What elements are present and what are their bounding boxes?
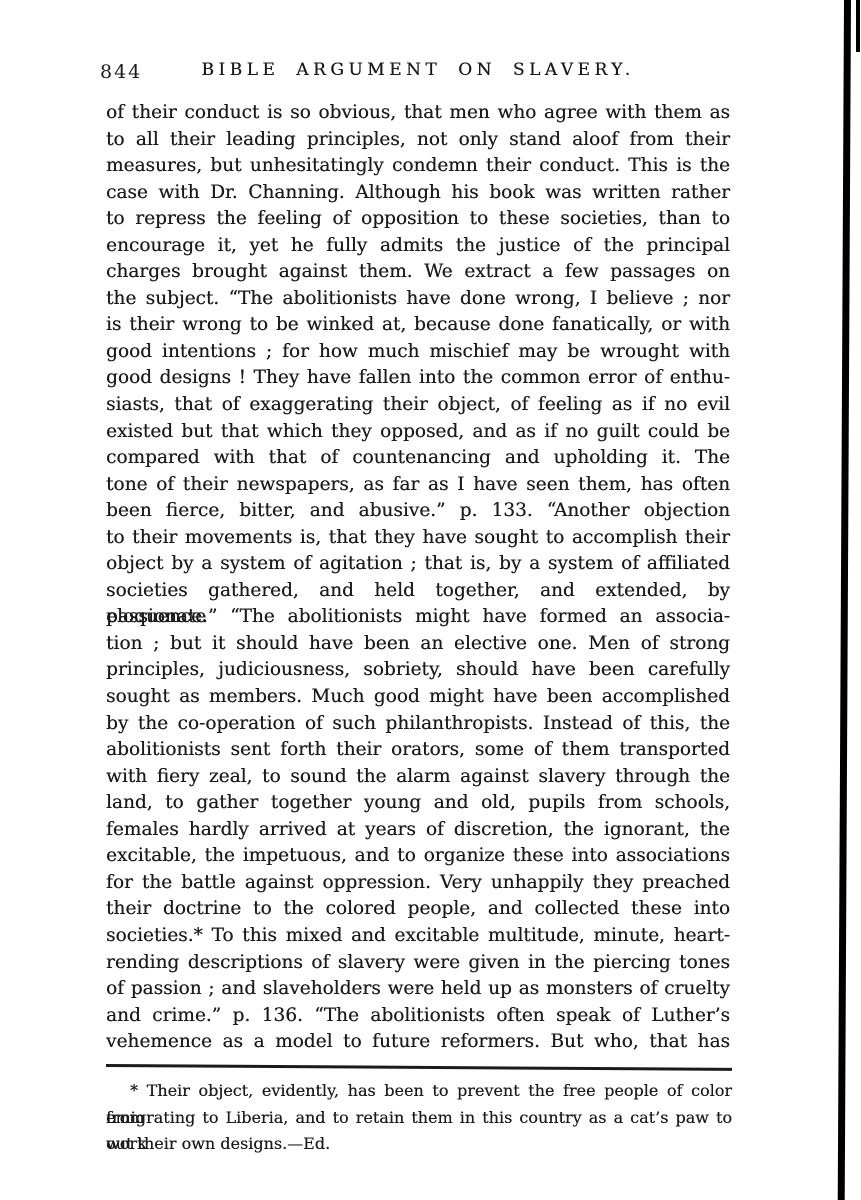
body-line: their doctrine to the colored people, an… xyxy=(106,896,730,923)
body-line: sought as members. Much good might have … xyxy=(106,684,730,711)
body-line: compared with that of countenancing and … xyxy=(106,445,730,472)
body-line: of passion ; and slaveholders were held … xyxy=(106,976,730,1003)
body-line: with fiery zeal, to sound the alarm agai… xyxy=(106,764,730,791)
body-line: to all their leading principles, not onl… xyxy=(106,127,730,154)
body-line: rending descriptions of slavery were giv… xyxy=(106,950,730,977)
body-line: to repress the feeling of opposition to … xyxy=(106,206,730,233)
body-line: existed but that which they opposed, and… xyxy=(106,419,730,446)
running-title: BIBLE ARGUMENT ON SLAVERY. xyxy=(106,60,730,80)
body-line: to their movements is, that they have so… xyxy=(106,525,730,552)
body-line: for the battle against oppression. Very … xyxy=(106,870,730,897)
footnote-line: * Their object, evidently, has been to p… xyxy=(106,1078,732,1105)
body-line: females hardly arrived at years of discr… xyxy=(106,817,730,844)
body-line: vehemence as a model to future reformers… xyxy=(106,1029,730,1056)
body-line: measures, but unhesitatingly condemn the… xyxy=(106,153,730,180)
body-line: excitable, the impetuous, and to organiz… xyxy=(106,843,730,870)
body-line: good intentions ; for how much mischief … xyxy=(106,339,730,366)
page-number: 844 xyxy=(100,61,142,83)
body-line: principles, judiciousness, sobriety, sho… xyxy=(106,657,730,684)
body-line: eloquence.” “The abolitionists might hav… xyxy=(106,604,730,631)
body-line: abolitionists sent forth their orators, … xyxy=(106,737,730,764)
scan-edge-artifact-top xyxy=(856,0,860,52)
page-header: 844 BIBLE ARGUMENT ON SLAVERY. xyxy=(106,60,730,90)
body-line: charges brought against them. We extract… xyxy=(106,259,730,286)
footnote-line: out their own designs.—Ed. xyxy=(106,1131,732,1158)
body-line: encourage it, yet he fully admits the ju… xyxy=(106,233,730,260)
scanned-book-page: 844 BIBLE ARGUMENT ON SLAVERY. of their … xyxy=(0,0,861,1200)
body-line: siasts, that of exaggerating their objec… xyxy=(106,392,730,419)
body-line: the subject. “The abolitionists have don… xyxy=(106,286,730,313)
body-line: case with Dr. Channing. Although his boo… xyxy=(106,180,730,207)
body-line: by the co-operation of such philanthropi… xyxy=(106,711,730,738)
body-text: of their conduct is so obvious, that men… xyxy=(106,100,730,1056)
body-line: been fierce, bitter, and abusive.” p. 13… xyxy=(106,498,730,525)
footnote: * Their object, evidently, has been to p… xyxy=(106,1078,732,1158)
body-line: societies.* To this mixed and excitable … xyxy=(106,923,730,950)
body-line: of their conduct is so obvious, that men… xyxy=(106,100,730,127)
body-line: societies gathered, and held together, a… xyxy=(106,578,730,605)
body-line: and crime.” p. 136. “The abolitionists o… xyxy=(106,1003,730,1030)
body-line: tone of their newspapers, as far as I ha… xyxy=(106,472,730,499)
body-line: object by a system of agitation ; that i… xyxy=(106,551,730,578)
body-line: good designs ! They have fallen into the… xyxy=(106,365,730,392)
body-line: tion ; but it should have been an electi… xyxy=(106,631,730,658)
scan-edge-artifact xyxy=(838,0,851,1200)
body-line: land, to gather together young and old, … xyxy=(106,790,730,817)
body-line: is their wrong to be winked at, because … xyxy=(106,312,730,339)
footnote-line: emigrating to Liberia, and to retain the… xyxy=(106,1105,732,1132)
footnote-rule xyxy=(106,1064,732,1071)
